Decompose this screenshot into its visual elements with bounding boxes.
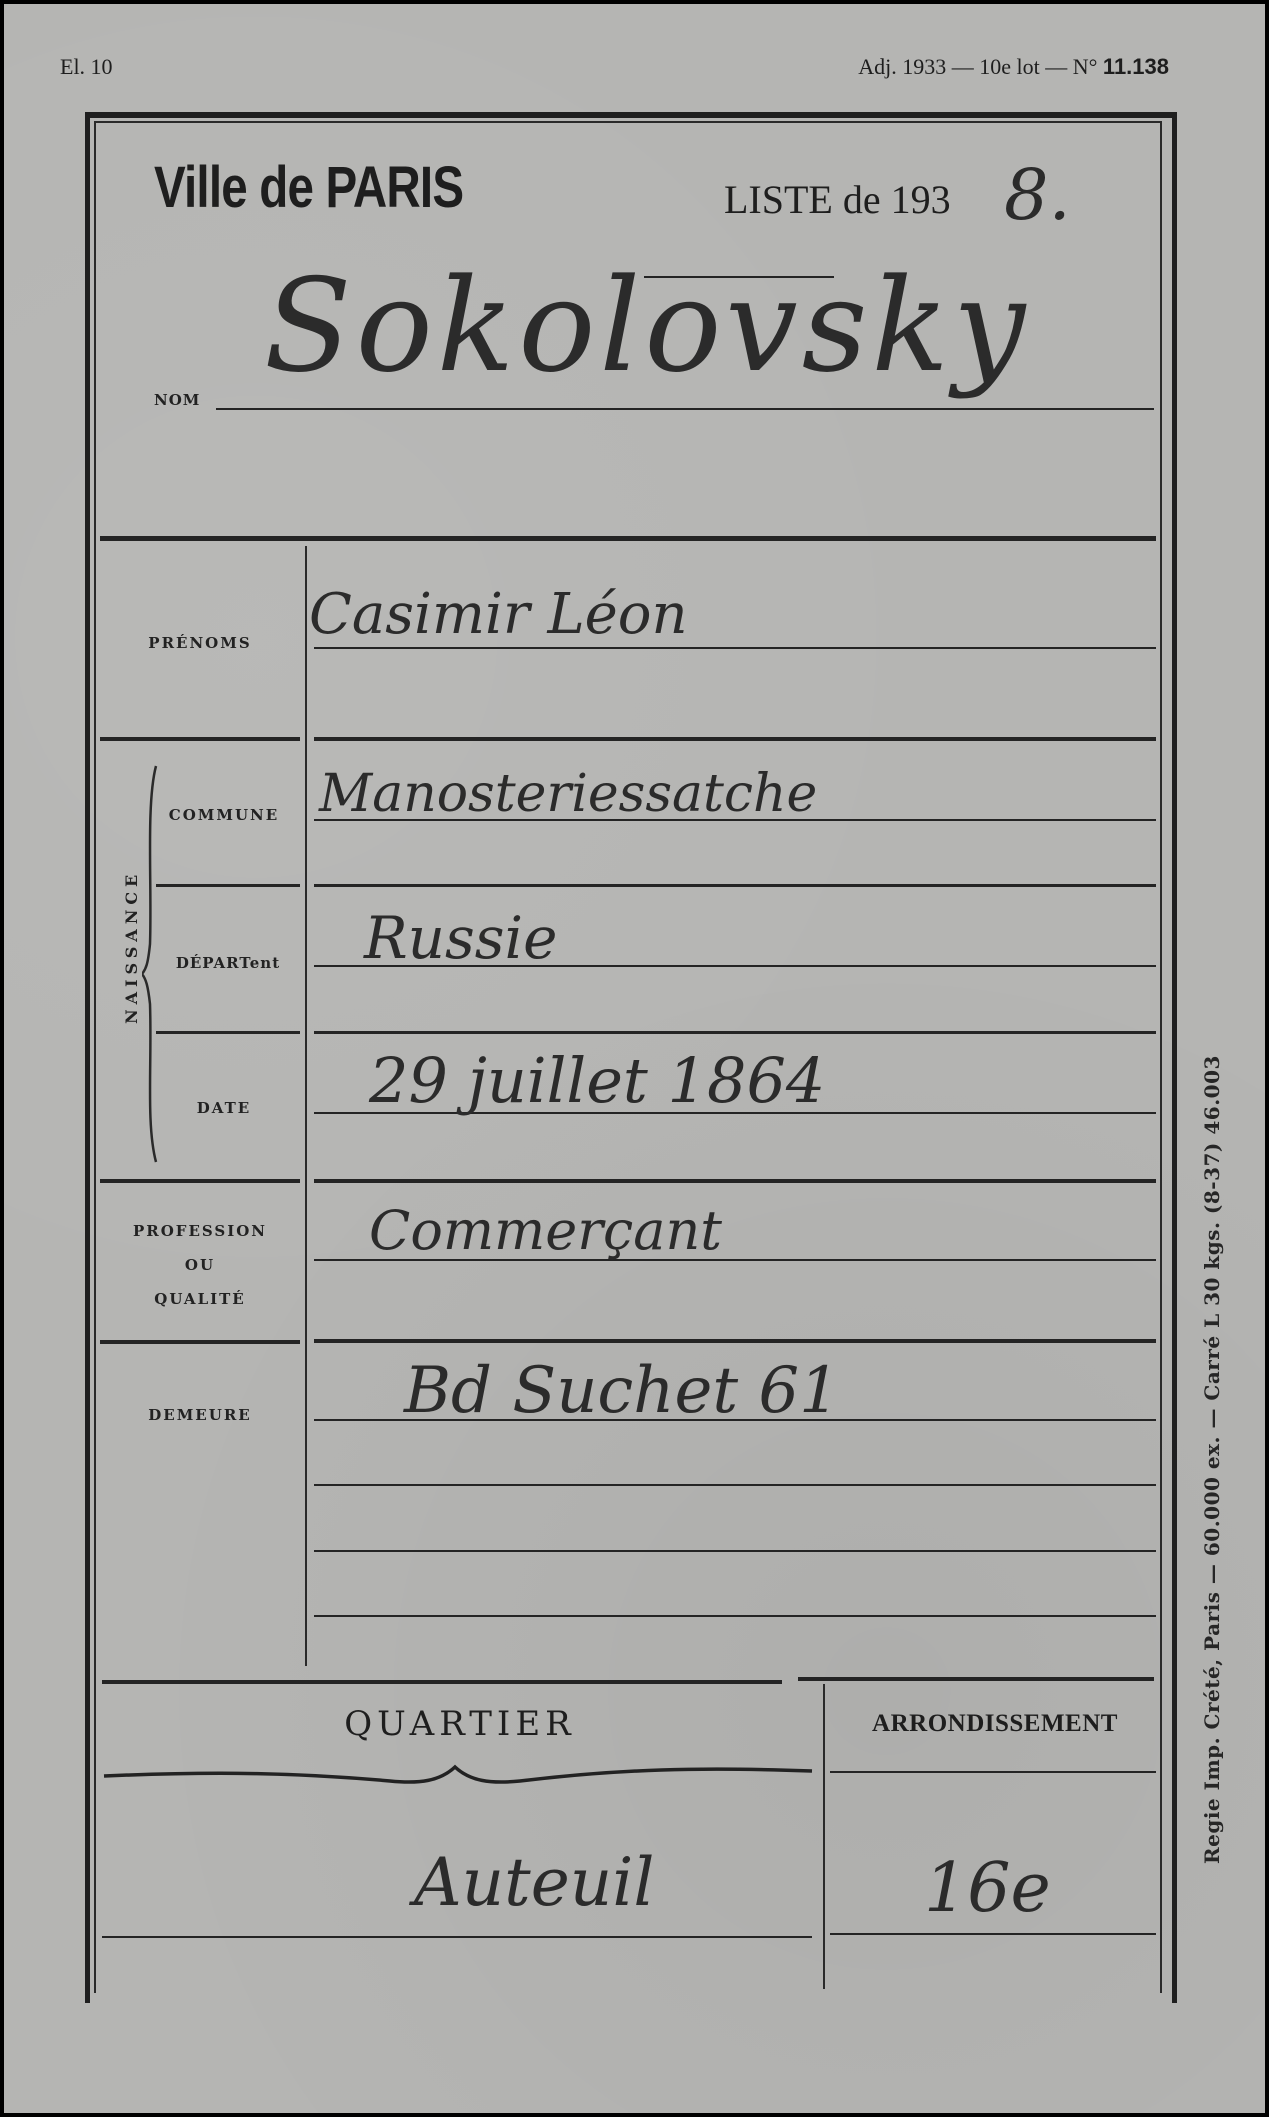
date-value: 29 juillet 1864 [369,1044,825,1117]
profession-label-line-1: PROFESSION [100,1214,300,1248]
profession-label: PROFESSION OU QUALITÉ [100,1214,300,1316]
departement-label-text: DÉPARTent [176,954,280,972]
profession-label-line-2: OU [100,1248,300,1282]
nom-line [216,408,1154,410]
arrondissement-guide-line [830,1771,1156,1773]
demeure-value: Bd Suchet 61 [404,1354,840,1428]
nom-label: NOM [154,391,200,409]
arrondissement-line [830,1933,1156,1935]
registry-card: El. 10 Adj. 1933 — 10e lot — N° 11.138 V… [4,4,1265,2113]
quartier-arrondissement-divider [823,1684,825,1989]
arrondissement-label: ARRONDISSEMENT [830,1710,1160,1738]
nom-value: Sokolovsky [264,252,1029,401]
print-reference-prefix: Adj. 1933 — 10e lot — N° [858,54,1097,79]
section-divider [100,536,1156,541]
quartier-value: Auteuil [414,1844,654,1921]
departement-label: DÉPARTent [154,954,302,972]
arrondissement-value: 16e [924,1849,1051,1928]
profession-value: Commerçant [369,1199,722,1262]
quartier-label: QUARTIER [100,1704,820,1744]
row-divider [314,1031,1156,1034]
naissance-group-label: NAISSANCE [122,870,141,1024]
prenoms-label: PRÉNOMS [100,634,300,652]
demeure-line-3 [314,1550,1156,1552]
row-divider [314,1339,1156,1343]
print-reference: Adj. 1933 — 10e lot — N° 11.138 [858,54,1169,80]
row-divider [100,737,300,741]
row-divider [314,884,1156,887]
form-code: El. 10 [60,54,113,80]
liste-label: LISTE de 193 [724,176,951,223]
profession-label-line-3: QUALITÉ [100,1282,300,1316]
row-divider [156,1031,300,1034]
row-divider [314,737,1156,741]
date-label: DATE [154,1099,294,1117]
quartier-top-divider [102,1680,782,1684]
demeure-line-2 [314,1484,1156,1486]
row-divider [100,1340,300,1344]
prenoms-line [314,647,1156,649]
arrondissement-top-divider [798,1677,1154,1681]
demeure-line-4 [314,1615,1156,1617]
commune-label: COMMUNE [154,806,294,824]
quartier-line [102,1936,812,1938]
liste-year-handwritten: 8. [1004,154,1071,236]
city-title: Ville de PARIS [154,154,463,221]
quartier-brace-icon [100,1759,820,1789]
demeure-label: DEMEURE [100,1406,300,1424]
row-divider [100,1179,300,1183]
commune-value: Manosteriessatche [319,764,817,824]
label-column-divider [305,546,307,1666]
row-divider [156,884,300,887]
print-reference-number: 11.138 [1103,54,1169,79]
prenoms-value: Casimir Léon [309,582,688,647]
departement-value: Russie [364,904,557,972]
printer-imprint: Regie Imp. Crété, Paris — 60.000 ex. — C… [1200,1055,1224,1864]
row-divider [314,1179,1156,1183]
